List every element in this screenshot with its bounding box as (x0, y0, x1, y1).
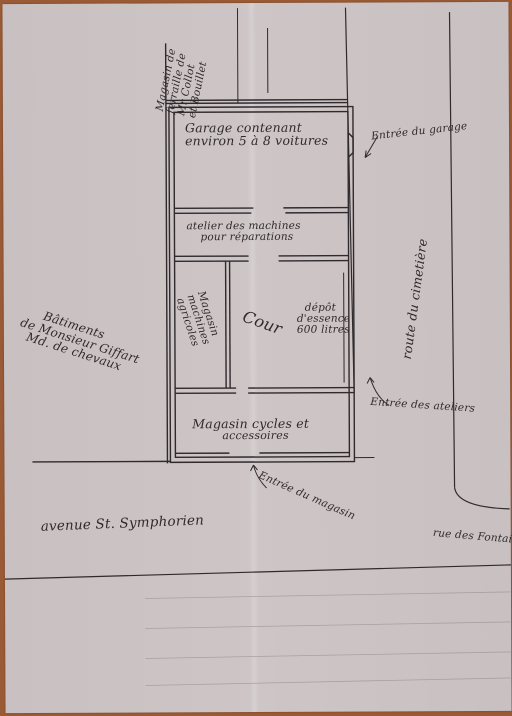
room-atelier: atelier des machines pour réparations (186, 221, 300, 244)
room-depot-essence: dépôt d'essence 600 litres (297, 303, 351, 336)
avenue-building-line (32, 461, 170, 462)
street-corner-curve (455, 487, 510, 509)
paper-sheet: Magasin de ferraille de Mr Collot et Bou… (2, 2, 511, 713)
avenue-lower-edge (5, 565, 511, 579)
room-magasin-cycles: Magasin cycles et accessoires (192, 417, 309, 442)
room-garage: Garage contenant environ 5 à 8 voitures (185, 121, 328, 148)
road-edge-right (449, 12, 454, 487)
outer-wall (169, 107, 355, 463)
